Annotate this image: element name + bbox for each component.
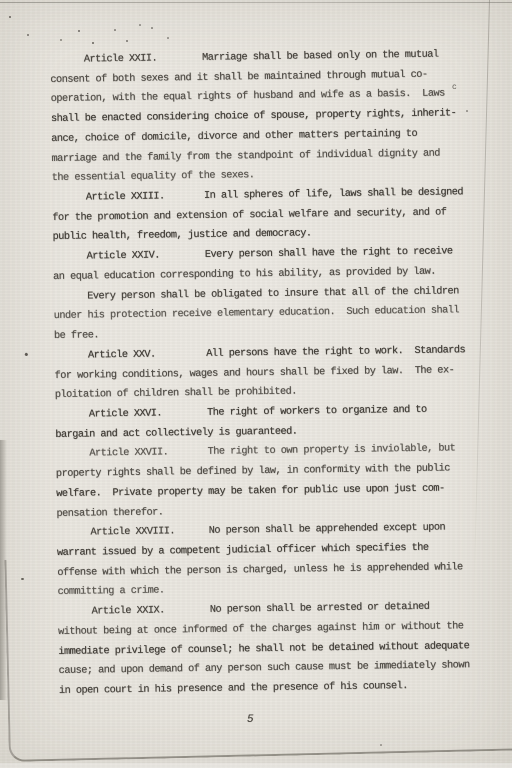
ink-speck xyxy=(151,27,153,29)
ink-speck xyxy=(126,40,128,42)
scan-edge-bottom-strip xyxy=(0,763,512,768)
document-page: c Article XXII. Marriage shall be based … xyxy=(0,0,512,768)
ink-speck xyxy=(139,24,141,26)
ink-speck xyxy=(25,352,29,356)
ink-speck xyxy=(167,37,169,39)
ink-speck xyxy=(92,42,94,44)
ink-speck xyxy=(78,30,80,32)
ink-speck xyxy=(60,39,62,41)
scan-edge-top xyxy=(0,2,512,3)
paper-crease xyxy=(474,0,490,580)
ink-speck xyxy=(27,34,29,36)
ink-speck xyxy=(114,29,116,31)
ink-speck xyxy=(9,16,11,18)
ink-speck xyxy=(466,110,468,112)
scan-edge-bottom xyxy=(4,548,512,762)
